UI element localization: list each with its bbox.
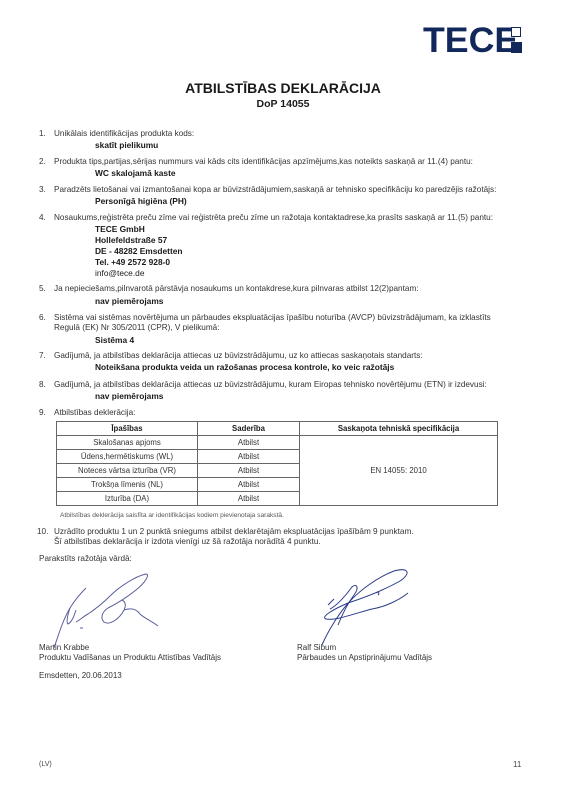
manufacturer-street: Hollefeldstraße 57 <box>95 235 167 246</box>
manufacturer-phone: Tel. +49 2572 928-0 <box>95 257 170 268</box>
item-2-value: WC skalojamā kaste <box>95 168 176 179</box>
signatory-left: Martin Krabbe Produktu Vadīšanas un Prod… <box>39 643 221 663</box>
signatory-right: Ralf Sibum Pārbaudes un Apstiprinājumu V… <box>297 643 432 663</box>
item-1-value: skatīt pielikumu <box>95 140 158 151</box>
signature-martin-krabbe <box>50 570 160 650</box>
signature-ralf-sibum <box>300 565 425 650</box>
logo-squares-icon <box>511 27 522 55</box>
column-header-properties: Īpašības <box>57 422 198 436</box>
item-6-value: Sistēma 4 <box>95 335 134 346</box>
item-5-value: nav piemērojams <box>95 296 163 307</box>
performance-table: Īpašības Saderība Saskaņota tehniskā spe… <box>56 421 498 506</box>
tece-logo: TECE <box>423 26 516 56</box>
document-number: DoP 14055 <box>0 98 566 110</box>
signatory-left-role: Produktu Vadīšanas un Produktu Attistība… <box>39 653 221 663</box>
table-note: Atbilstības deklerācija saisfīta ar iden… <box>60 512 284 519</box>
language-code: (LV) <box>39 761 52 768</box>
place-and-date: Emsdetten, 20.06.2013 <box>39 671 122 681</box>
item-7-value: Noteikšana produkta veida un ražošanas p… <box>95 362 394 373</box>
column-header-spec: Saskaņota tehniskā specifikācija <box>300 422 498 436</box>
signatory-right-name: Ralf Sibum <box>297 643 432 653</box>
harmonised-spec: EN 14055: 2010 <box>300 436 498 506</box>
table-header-row: Īpašības Saderība Saskaņota tehniskā spe… <box>57 422 498 436</box>
page-title: ATBILSTĪBAS DEKLARĀCIJA <box>0 80 566 96</box>
signatory-right-role: Pārbaudes un Apstiprinājumu Vadītājs <box>297 653 432 663</box>
manufacturer-email: info@tece.de <box>95 268 144 279</box>
logo-text: TECE <box>423 26 518 56</box>
table-row: Skalošanas apjoms Atbilst EN 14055: 2010 <box>57 436 498 450</box>
column-header-compliance: Saderība <box>198 422 300 436</box>
manufacturer-name: TECE GmbH <box>95 224 145 235</box>
signatory-left-name: Martin Krabbe <box>39 643 221 653</box>
page-number: 11 <box>513 760 521 769</box>
manufacturer-city: DE - 48282 Emsdetten <box>95 246 183 257</box>
item-8-value: nav piemērojams <box>95 391 163 402</box>
item-3-value: Personīgā higiēna (PH) <box>95 196 187 207</box>
